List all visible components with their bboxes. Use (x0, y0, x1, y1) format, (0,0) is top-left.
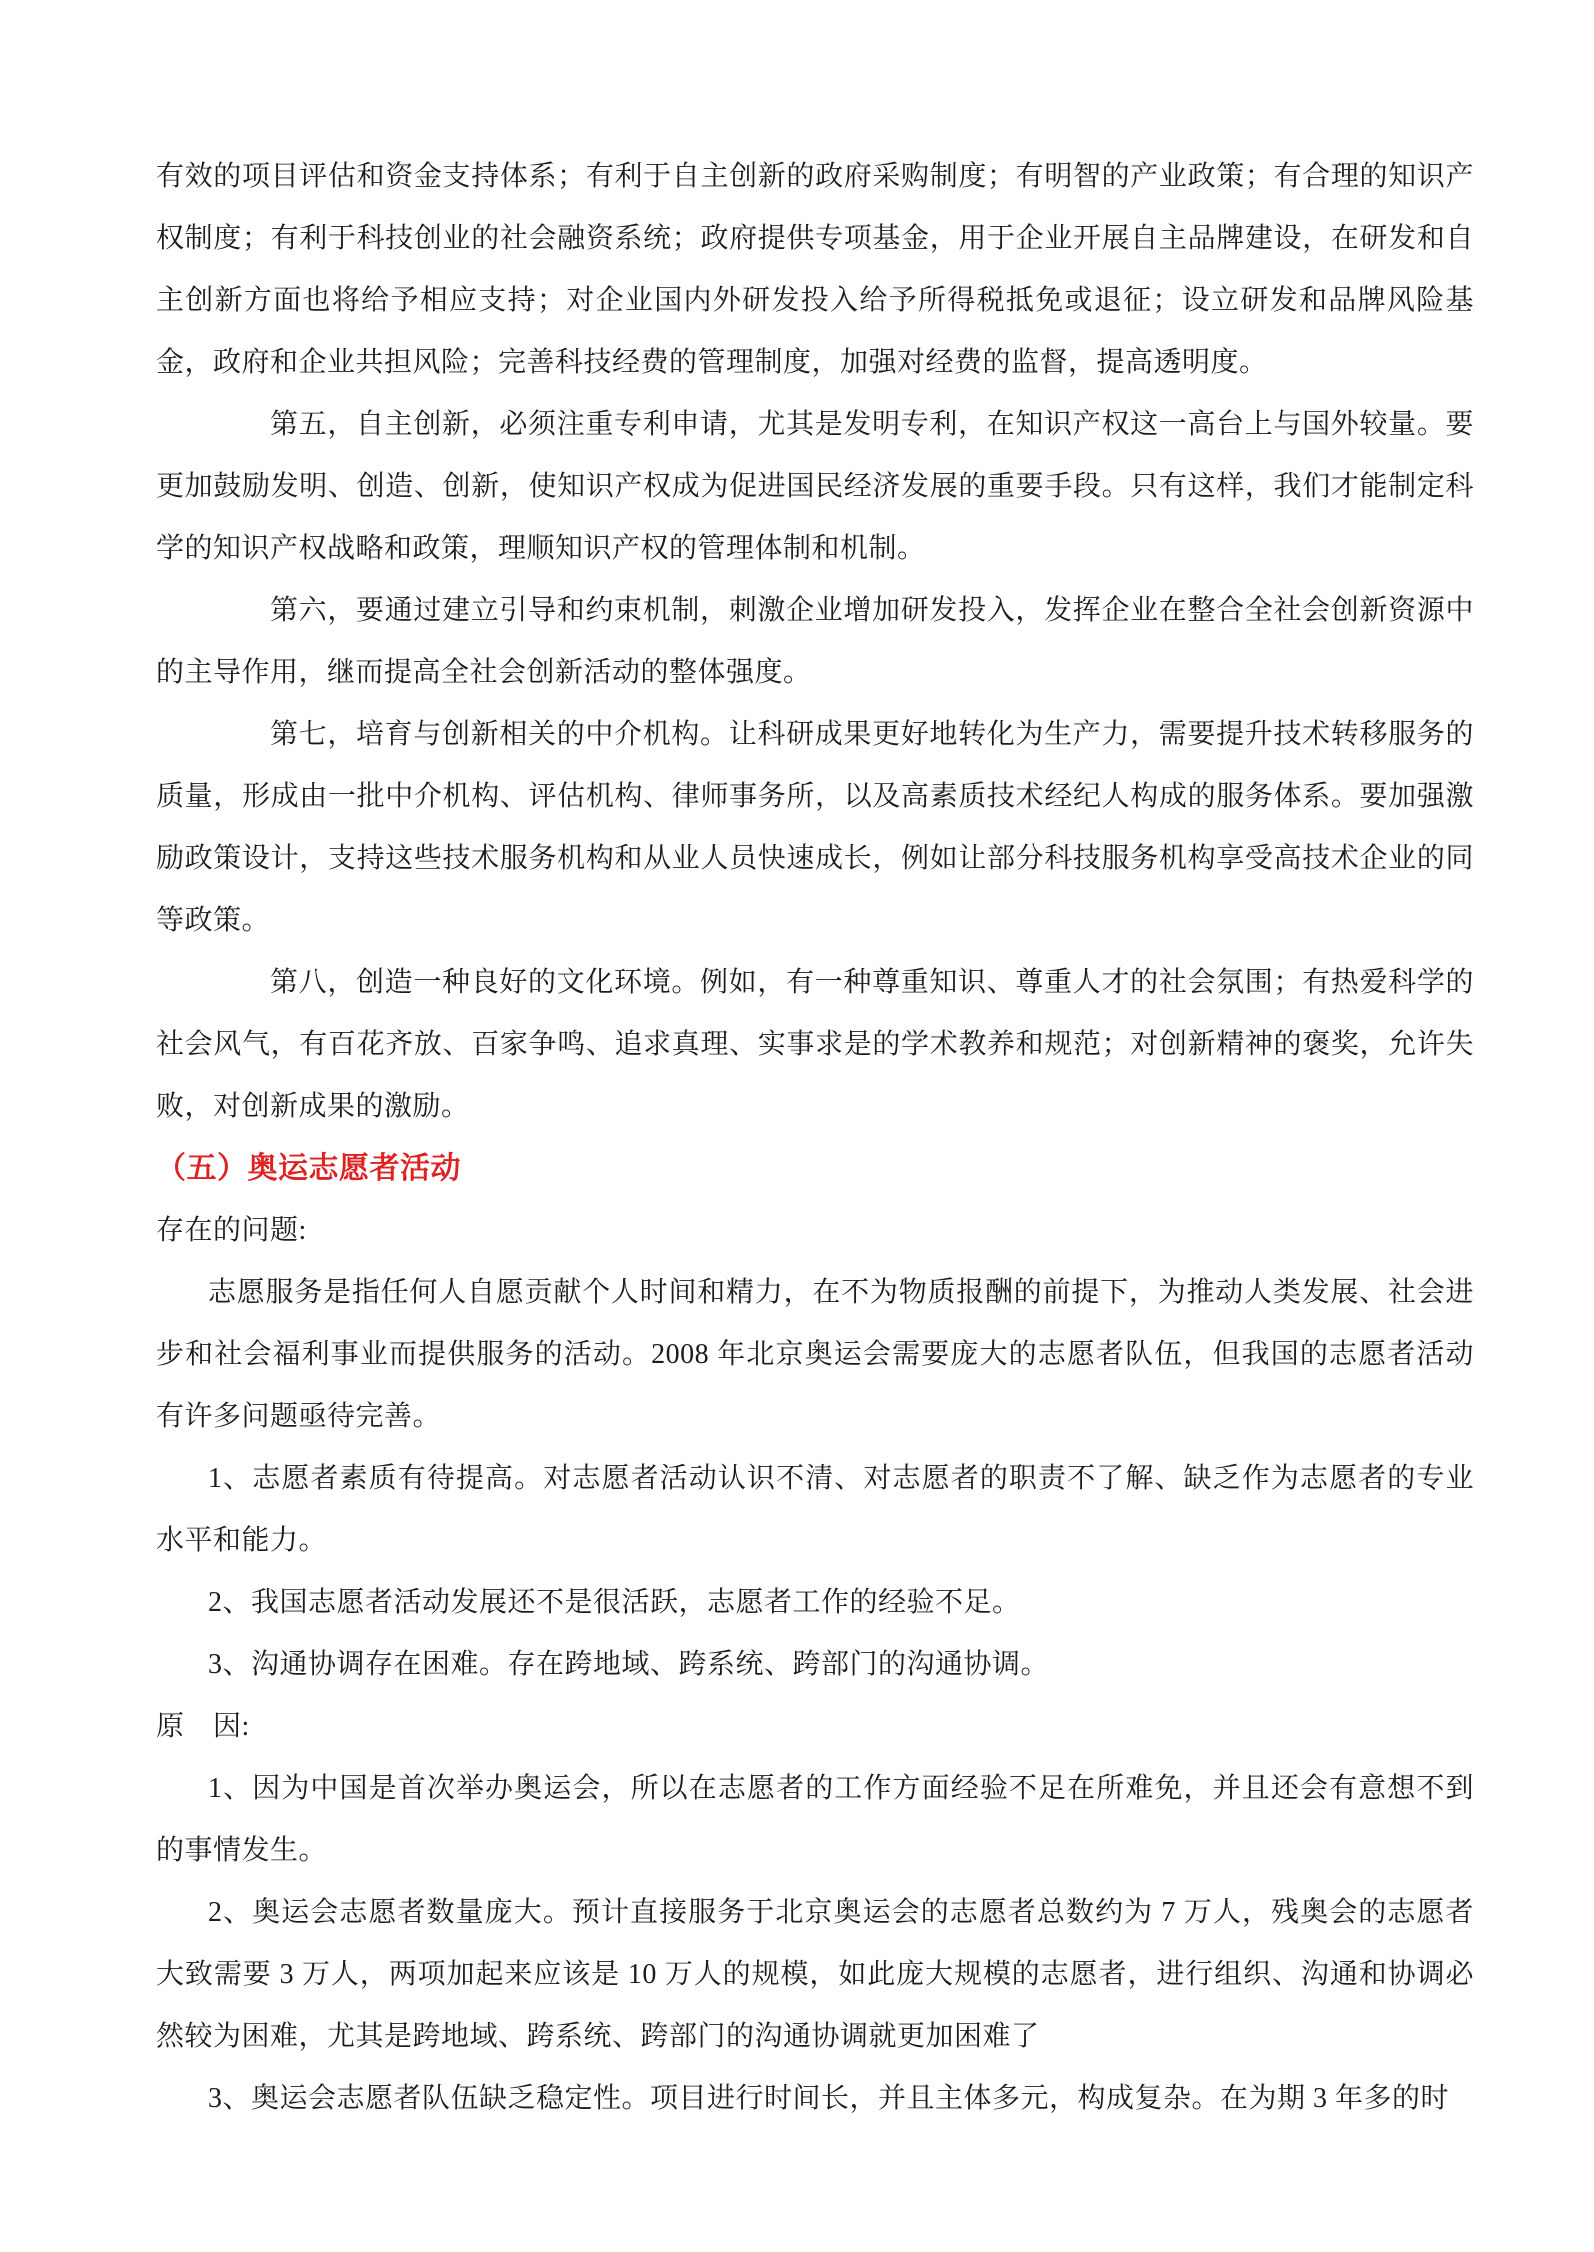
paragraph: 第八，创造一种良好的文化环境。例如，有一种尊重知识、尊重人才的社会氛围；有热爱科… (156, 952, 1474, 1138)
paragraph: 3、沟通协调存在困难。存在跨地域、跨系统、跨部门的沟通协调。 (156, 1634, 1474, 1696)
paragraph: 1、志愿者素质有待提高。对志愿者活动认识不清、对志愿者的职责不了解、缺乏作为志愿… (156, 1448, 1474, 1572)
paragraph: 3、奥运会志愿者队伍缺乏稳定性。项目进行时间长，并且主体多元，构成复杂。在为期 … (156, 2068, 1474, 2130)
document-page: 有效的项目评估和资金支持体系；有利于自主创新的政府采购制度；有明智的产业政策；有… (0, 0, 1594, 2130)
paragraph: 存在的问题: (156, 1200, 1474, 1262)
paragraph: 原 因: (156, 1696, 1474, 1758)
paragraph: 2、奥运会志愿者数量庞大。预计直接服务于北京奥运会的志愿者总数约为 7 万人，残… (156, 1882, 1474, 2068)
paragraph: 志愿服务是指任何人自愿贡献个人时间和精力，在不为物质报酬的前提下，为推动人类发展… (156, 1262, 1474, 1448)
paragraph: 2、我国志愿者活动发展还不是很活跃，志愿者工作的经验不足。 (156, 1572, 1474, 1634)
paragraph: 第五，自主创新，必须注重专利申请，尤其是发明专利，在知识产权这一高台上与国外较量… (156, 394, 1474, 580)
paragraph: 1、因为中国是首次举办奥运会，所以在志愿者的工作方面经验不足在所难免，并且还会有… (156, 1758, 1474, 1882)
paragraph: 第六，要通过建立引导和约束机制，刺激企业增加研发投入，发挥企业在整合全社会创新资… (156, 580, 1474, 704)
paragraph: 有效的项目评估和资金支持体系；有利于自主创新的政府采购制度；有明智的产业政策；有… (156, 146, 1474, 394)
paragraph: 第七，培育与创新相关的中介机构。让科研成果更好地转化为生产力，需要提升技术转移服… (156, 704, 1474, 952)
section-heading: （五）奥运志愿者活动 (156, 1138, 1474, 1200)
